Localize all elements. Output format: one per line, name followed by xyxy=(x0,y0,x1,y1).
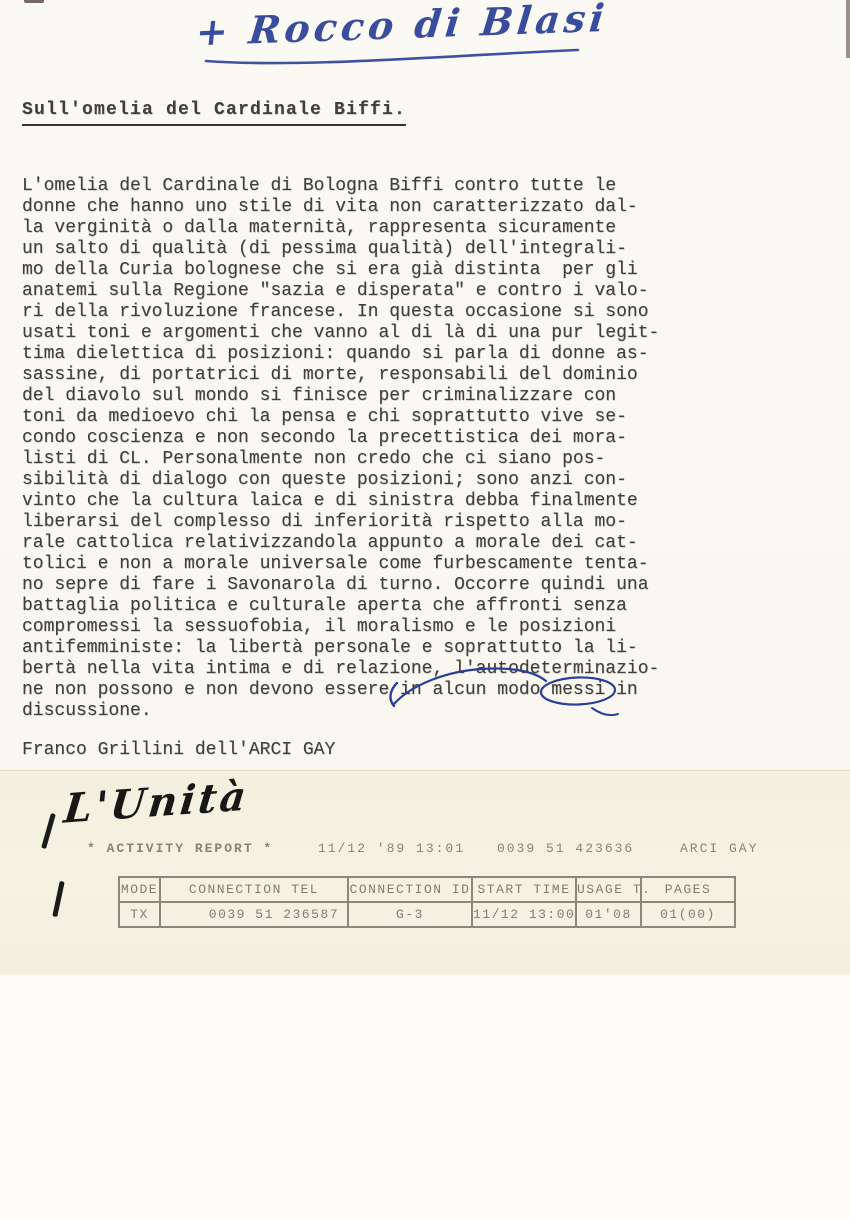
fax-report-number: 0039 51 423636 xyxy=(497,841,634,856)
column-header-connection-tel: CONNECTION TEL xyxy=(159,878,347,903)
fax-activity-table: MODE CONNECTION TEL CONNECTION ID START … xyxy=(118,876,736,928)
signature-line: Franco Grillini dell'ARCI GAY xyxy=(22,740,335,760)
document-heading: Sull'omelia del Cardinale Biffi. xyxy=(22,100,406,126)
scan-edge-artifact-top-right xyxy=(846,0,850,58)
column-header-mode: MODE xyxy=(120,878,159,903)
handwritten-newspaper-note: L'Unità xyxy=(62,772,251,832)
document-body: L'omelia del Cardinale di Bologna Biffi … xyxy=(22,176,702,722)
cell-pages: 01(00) xyxy=(640,903,734,926)
fax-report-strip: L'Unità * ACTIVITY REPORT * 11/12 '89 13… xyxy=(0,770,850,976)
column-header-usage-t: USAGE T. xyxy=(575,878,640,903)
pen-tally-mark-2 xyxy=(52,881,64,917)
column-header-start-time: START TIME xyxy=(471,878,575,903)
cell-start-time: 11/12 13:00 xyxy=(471,903,575,926)
cell-usage-t: 01'08 xyxy=(575,903,640,926)
handwritten-title-note: + Rocco di Blasi xyxy=(194,0,618,54)
fax-report-datetime: 11/12 '89 13:01 xyxy=(318,841,465,856)
blank-paper-bottom xyxy=(0,975,850,1219)
pen-tally-mark-1 xyxy=(41,813,56,849)
cell-connection-id: G-3 xyxy=(347,903,471,926)
fax-report-title: * ACTIVITY REPORT * xyxy=(87,841,273,856)
scanned-document-page: + Rocco di Blasi Sull'omelia del Cardina… xyxy=(0,0,850,1219)
cell-mode: TX xyxy=(120,903,159,926)
column-header-connection-id: CONNECTION ID xyxy=(347,878,471,903)
fax-report-sender: ARCI GAY xyxy=(680,841,758,856)
column-header-pages: PAGES xyxy=(640,878,734,903)
scan-edge-artifact-top-left xyxy=(24,0,44,3)
cell-connection-tel: 0039 51 236587 xyxy=(159,903,347,926)
